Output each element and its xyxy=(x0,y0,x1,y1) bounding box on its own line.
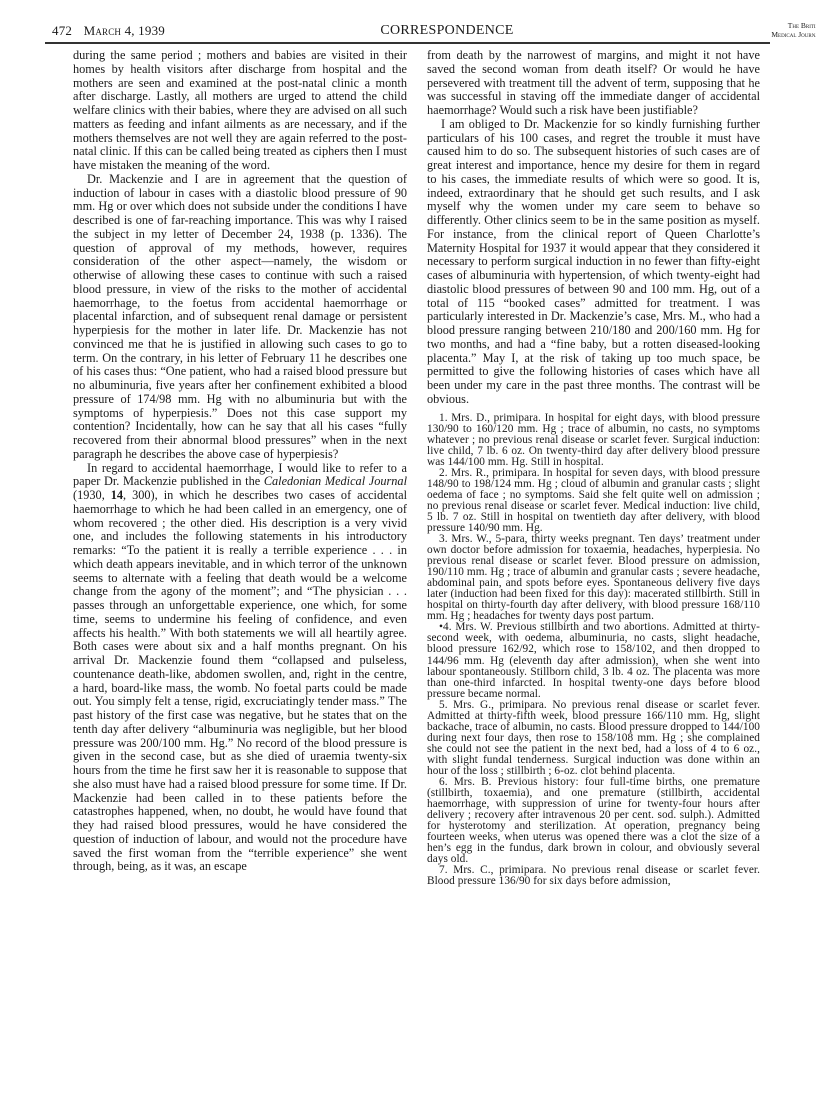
paragraph: I am obliged to Dr. Mackenzie for so kin… xyxy=(427,118,760,407)
case-history-2: 2. Mrs. R., primipara. In hospital for s… xyxy=(427,468,760,534)
paragraph: from death by the narrowest of margins, … xyxy=(427,49,760,118)
page-info: 472 March 4, 1939 xyxy=(52,23,165,39)
paragraph: In regard to accidental haemorrhage, I w… xyxy=(73,462,407,875)
journal-name: The British Medical Journal xyxy=(752,21,816,39)
paragraph-text: , 300), in which he describes two cases … xyxy=(73,488,407,873)
left-column: during the same period ; mothers and bab… xyxy=(73,49,407,874)
journal-citation-title: Caledonian Medical Journal xyxy=(264,474,407,488)
case-history-5: 5. Mrs. G., primipara. No previous renal… xyxy=(427,700,760,777)
case-history-7: 7. Mrs. C., primipara. No previous renal… xyxy=(427,865,760,887)
case-history-6: 6. Mrs. B. Previous history: four full-t… xyxy=(427,777,760,865)
case-history-3: 3. Mrs. W., 5-para, thirty weeks pregnan… xyxy=(427,534,760,622)
paragraph: during the same period ; mothers and bab… xyxy=(73,49,407,173)
case-history-4: •4. Mrs. W. Previous stillbirth and two … xyxy=(427,622,760,699)
journal-name-line2: Medical Journal xyxy=(752,30,816,39)
running-header: 472 March 4, 1939 CORRESPONDENCE The Bri… xyxy=(52,20,490,42)
header-rule xyxy=(45,42,770,44)
right-column: from death by the narrowest of margins, … xyxy=(427,49,760,888)
paragraph-text: (1930, xyxy=(73,488,111,502)
journal-name-line1: The British xyxy=(752,21,816,30)
page-number: 472 xyxy=(52,23,72,38)
citation-volume: 14 xyxy=(111,488,123,502)
section-title: CORRESPONDENCE xyxy=(222,23,672,39)
paragraph: Dr. Mackenzie and I are in agreement tha… xyxy=(73,173,407,462)
issue-date: March 4, 1939 xyxy=(84,23,165,38)
case-history-1: 1. Mrs. D., primipara. In hospital for e… xyxy=(427,413,760,468)
